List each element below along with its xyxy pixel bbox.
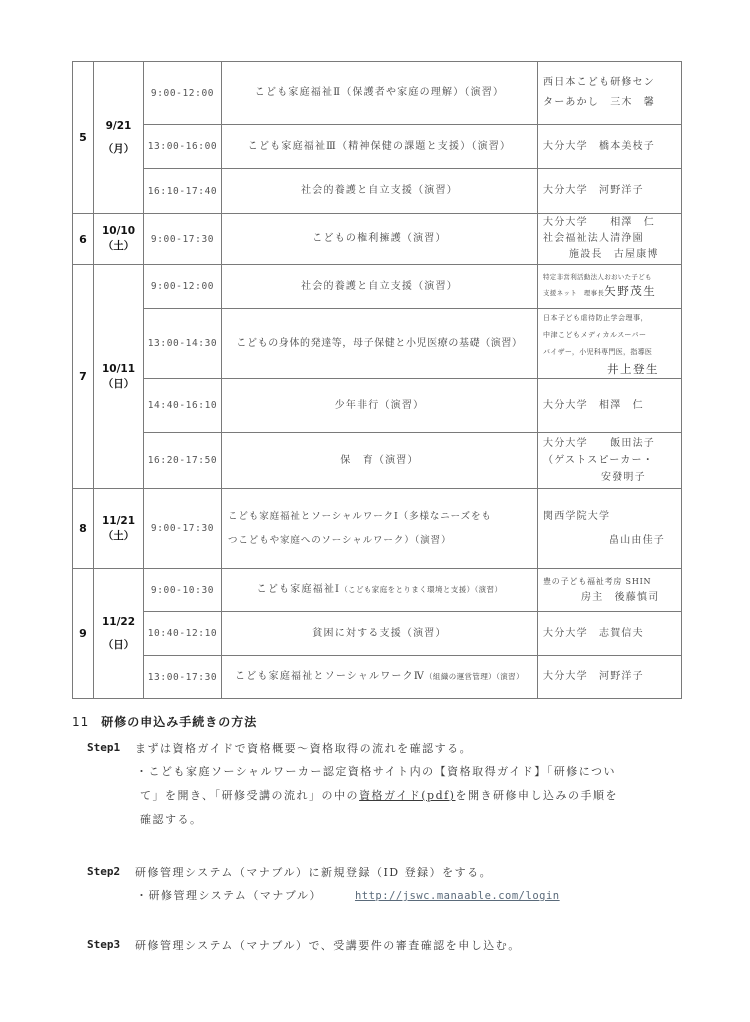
session-time: 13:00-17:30: [144, 656, 222, 699]
step1-text: まずは資格ガイドで資格概要～資格取得の流れを確認する。: [135, 740, 472, 756]
session-lecturer: 大分大学 橋本美枝子: [538, 125, 682, 169]
session-subject: 保 育（演習）: [222, 433, 538, 489]
step2-label: Step2: [87, 865, 120, 878]
step1-bullet: ・こども家庭ソーシャルワーカー認定資格サイト内の【資格取得ガイド】「研修につい …: [138, 760, 678, 832]
session-date: 11/22 （日）: [94, 569, 144, 699]
session-number: 6: [73, 214, 94, 265]
table-row: 6 10/10 （土） 9:00-17:30 こどもの権利擁護（演習） 大分大学…: [73, 214, 682, 265]
table-row: 9 11/22 （日） 9:00-10:30 こども家庭福祉Ⅰ（こども家庭をとり…: [73, 569, 682, 612]
session-subject: こどもの身体的発達等，母子保健と小児医療の基礎（演習）: [222, 309, 538, 379]
session-subject: こども家庭福祉Ⅱ（保護者や家庭の理解）（演習）: [222, 62, 538, 125]
session-lecturer: 大分大学 相澤 仁: [538, 379, 682, 433]
session-subject: こども家庭福祉とソーシャルワークⅠ（多様なニーズをも つこどもや家庭へのソーシャ…: [222, 489, 538, 569]
table-row: 7 10/11 （日） 9:00-12:00 社会的養護と自立支援（演習） 特定…: [73, 265, 682, 309]
session-lecturer: 特定非営利活動法人おおいた子ども 支援ネット 理事長矢野茂生: [538, 265, 682, 309]
document-page: 5 9/21 （月） 9:00-12:00 こども家庭福祉Ⅱ（保護者や家庭の理解…: [0, 0, 750, 1022]
session-subject: こども家庭福祉Ⅲ（精神保健の課題と支援）（演習）: [222, 125, 538, 169]
session-time: 9:00-10:30: [144, 569, 222, 612]
training-schedule-table: 5 9/21 （月） 9:00-12:00 こども家庭福祉Ⅱ（保護者や家庭の理解…: [72, 61, 682, 699]
session-subject: 少年非行（演習）: [222, 379, 538, 433]
session-time: 13:00-14:30: [144, 309, 222, 379]
session-date: 10/10 （土）: [94, 214, 144, 265]
session-date: 11/21 （土）: [94, 489, 144, 569]
session-subject: 社会的養護と自立支援（演習）: [222, 265, 538, 309]
step2-bullet: ・研修管理システム（マナブル） http://jswc.manaable.com…: [138, 884, 678, 908]
session-lecturer: 関西学院大学 畠山由佳子: [538, 489, 682, 569]
session-lecturer: 大分大学 河野洋子: [538, 656, 682, 699]
manaable-login-link[interactable]: http://jswc.manaable.com/login: [355, 890, 560, 902]
session-lecturer: 大分大学 志賀信夫: [538, 612, 682, 656]
step2-text: 研修管理システム（マナブル）に新規登録（ID 登録）をする。: [135, 864, 492, 880]
session-subject: 貧困に対する支援（演習）: [222, 612, 538, 656]
session-number: 7: [73, 265, 94, 489]
session-time: 9:00-17:30: [144, 489, 222, 569]
table-row: 13:00-17:30 こども家庭福祉とソーシャルワークⅣ（組織の運営管理）（演…: [73, 656, 682, 699]
session-subject: こどもの権利擁護（演習）: [222, 214, 538, 265]
session-time: 14:40-16:10: [144, 379, 222, 433]
session-lecturer: 西日本こども研修セン ターあかし 三木 馨: [538, 62, 682, 125]
session-time: 10:40-12:10: [144, 612, 222, 656]
step3-label: Step3: [87, 938, 120, 951]
session-number: 5: [73, 62, 94, 214]
session-date: 10/11 （日）: [94, 265, 144, 489]
section-heading: 11研修の申込み手続きの方法: [72, 713, 257, 730]
table-row: 13:00-16:00 こども家庭福祉Ⅲ（精神保健の課題と支援）（演習） 大分大…: [73, 125, 682, 169]
table-row: 16:10-17:40 社会的養護と自立支援（演習） 大分大学 河野洋子: [73, 169, 682, 214]
session-lecturer: 豊の子ども福祉考房 SHIN 房主 後藤慎司: [538, 569, 682, 612]
session-time: 13:00-16:00: [144, 125, 222, 169]
session-lecturer: 大分大学 相澤 仁 社会福祉法人清浄園 施設長 古屋康博: [538, 214, 682, 265]
session-time: 9:00-17:30: [144, 214, 222, 265]
step3-text: 研修管理システム（マナブル）で、受講要件の審査確認を申し込む。: [135, 937, 521, 953]
step1-label: Step1: [87, 741, 120, 754]
qualification-guide-link[interactable]: 資格ガイド(pdf): [359, 789, 455, 802]
session-time: 16:10-17:40: [144, 169, 222, 214]
session-lecturer: 日本子ども虐待防止学会理事， 中津こどもメディカルスーパー バイザー，小児科専門…: [538, 309, 682, 379]
table-row: 14:40-16:10 少年非行（演習） 大分大学 相澤 仁: [73, 379, 682, 433]
session-subject: こども家庭福祉とソーシャルワークⅣ（組織の運営管理）（演習）: [222, 656, 538, 699]
session-date: 9/21 （月）: [94, 62, 144, 214]
session-time: 9:00-12:00: [144, 265, 222, 309]
session-time: 16:20-17:50: [144, 433, 222, 489]
table-row: 10:40-12:10 貧困に対する支援（演習） 大分大学 志賀信夫: [73, 612, 682, 656]
session-subject: こども家庭福祉Ⅰ（こども家庭をとりまく環境と支援）（演習）: [222, 569, 538, 612]
table-row: 13:00-14:30 こどもの身体的発達等，母子保健と小児医療の基礎（演習） …: [73, 309, 682, 379]
session-number: 8: [73, 489, 94, 569]
session-lecturer: 大分大学 飯田法子 （ゲストスピーカー・ 安發明子: [538, 433, 682, 489]
table-row: 16:20-17:50 保 育（演習） 大分大学 飯田法子 （ゲストスピーカー・…: [73, 433, 682, 489]
session-lecturer: 大分大学 河野洋子: [538, 169, 682, 214]
session-time: 9:00-12:00: [144, 62, 222, 125]
table-row: 8 11/21 （土） 9:00-17:30 こども家庭福祉とソーシャルワークⅠ…: [73, 489, 682, 569]
session-subject: 社会的養護と自立支援（演習）: [222, 169, 538, 214]
table-row: 5 9/21 （月） 9:00-12:00 こども家庭福祉Ⅱ（保護者や家庭の理解…: [73, 62, 682, 125]
session-number: 9: [73, 569, 94, 699]
